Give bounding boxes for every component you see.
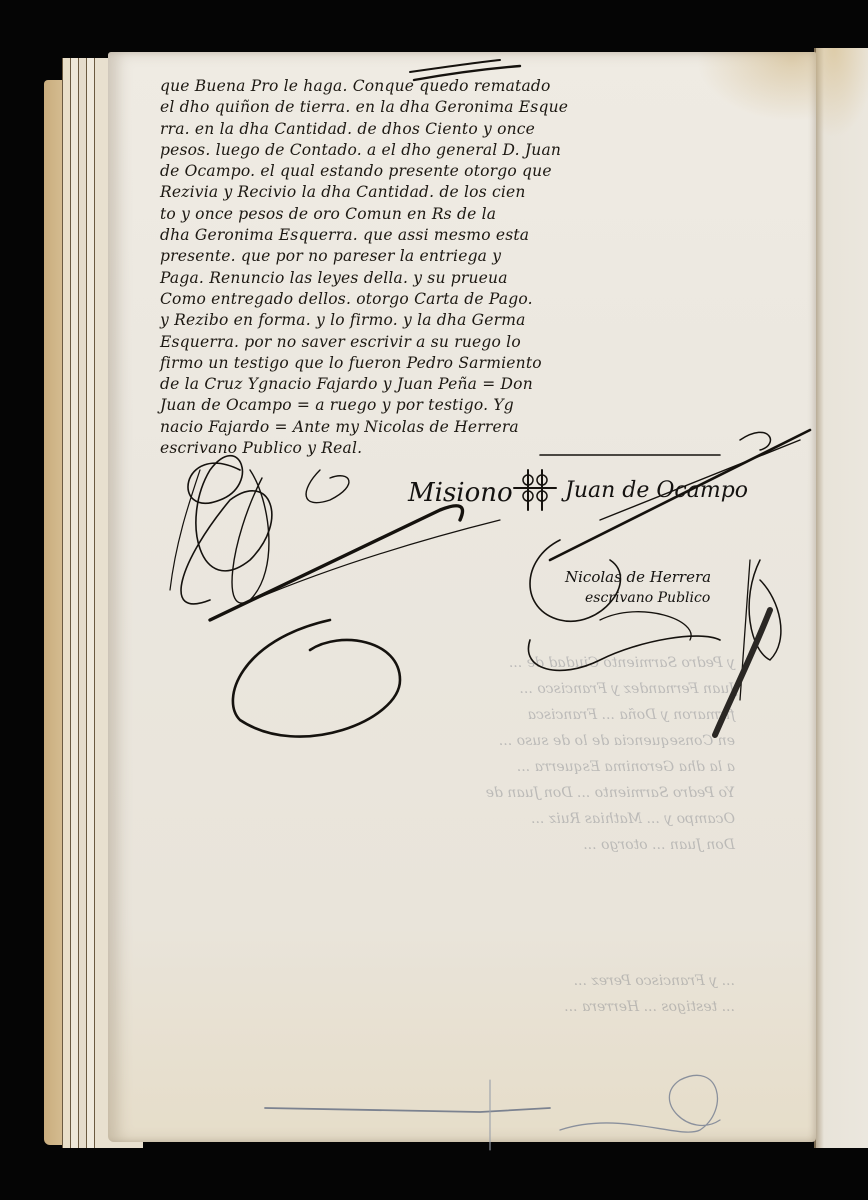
signature-ocampo: Juan de Ocampo: [565, 478, 748, 503]
signature-herrera: Nicolas de Herrera: [565, 568, 711, 586]
signature-herrera-title: escrivano Publico: [585, 590, 710, 606]
notary-sign-word: Misiono: [408, 478, 513, 508]
signature-flourishes: [0, 0, 868, 1200]
